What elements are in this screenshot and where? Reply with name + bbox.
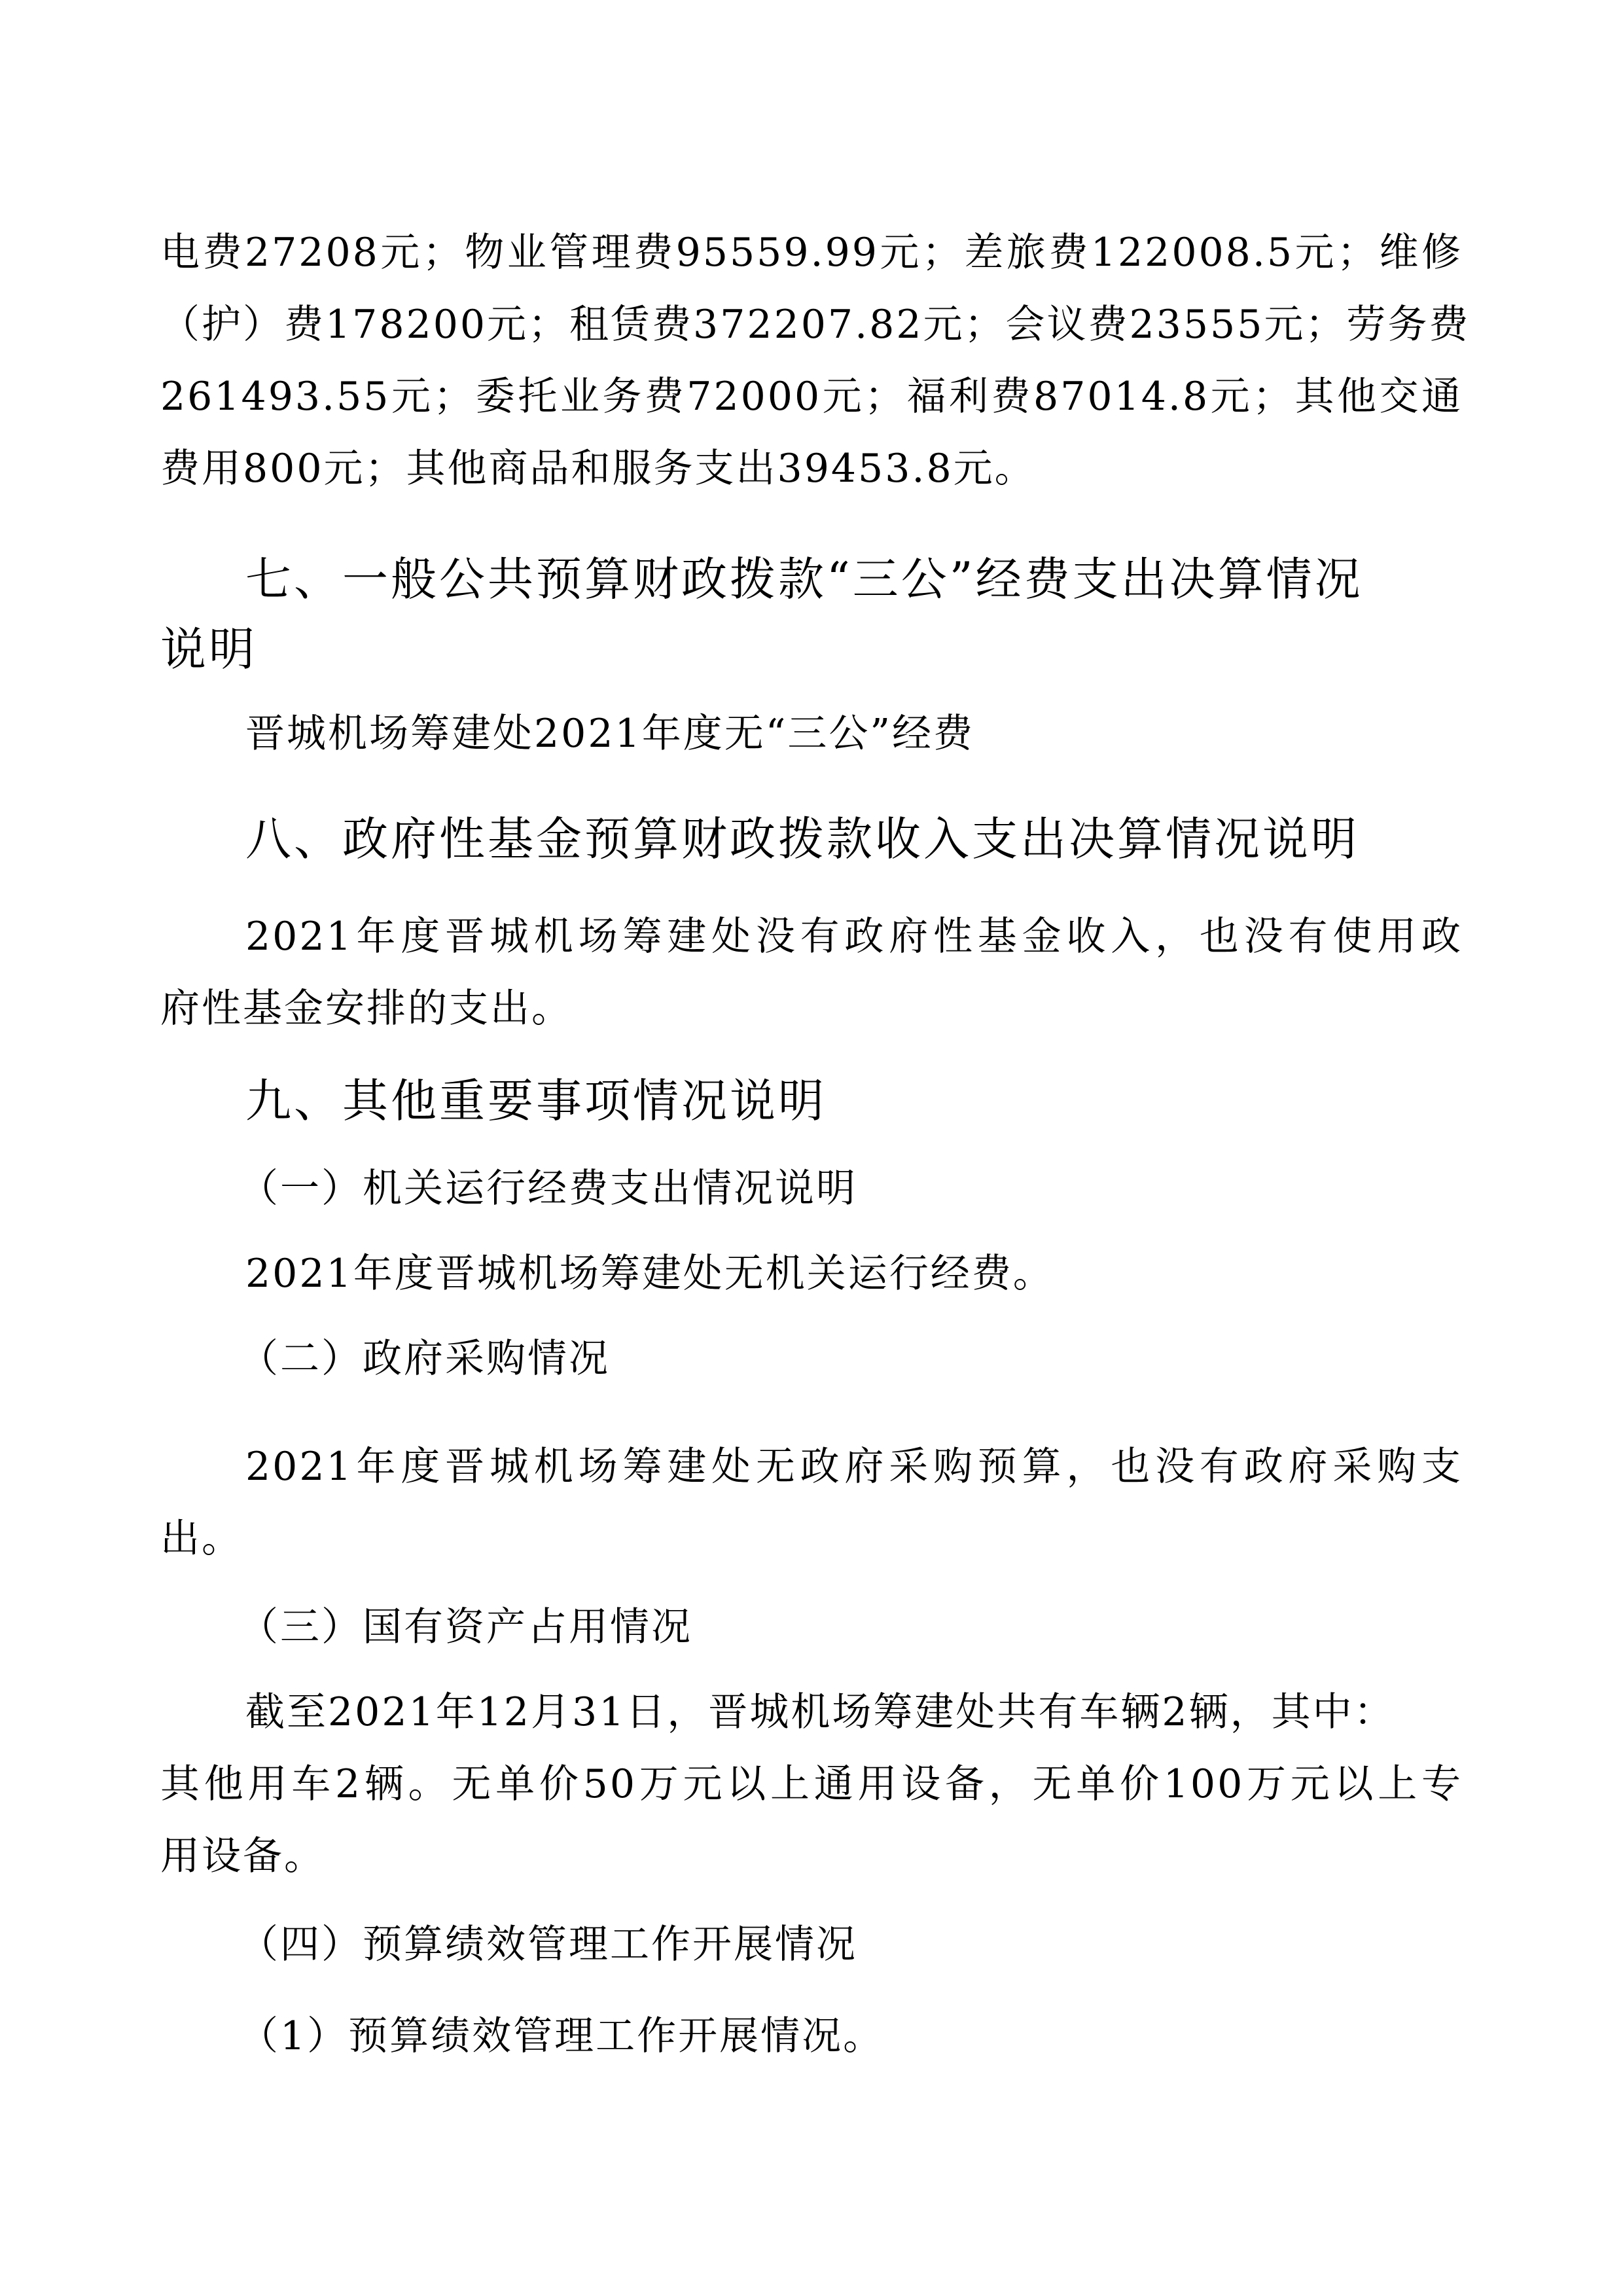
section7-title-line-2: 说明 [160, 622, 257, 677]
section8-title: 八、政府性基金预算财政拨款收入支出决算情况说明 [245, 812, 1359, 867]
expense-paragraph-line-1: 电费27208元；物业管理费95559.99元；差旅费122008.5元；维修 [160, 229, 1463, 276]
expense-paragraph-line-4: 费用800元；其他商品和服务支出39453.8元。 [160, 445, 1036, 492]
section9-title: 九、其他重要事项情况说明 [245, 1073, 827, 1128]
expense-paragraph-line-2: （护）费178200元；租赁费372207.82元；会议费23555元；劳务费 [160, 301, 1463, 348]
section9-sub2-body-line-2: 出。 [160, 1515, 243, 1562]
section9-sub2-body-line-1: 2021年度晋城机场筹建处无政府采购预算，也没有政府采购支 [245, 1443, 1463, 1490]
section8-body-line-1: 2021年度晋城机场筹建处没有政府性基金收入，也没有使用政 [245, 913, 1463, 960]
section9-sub3-body-line-2: 其他用车2辆。无单价50万元以上通用设备，无单价100万元以上专 [160, 1761, 1463, 1808]
section7-title-line-1: 七、一般公共预算财政拨款“三公”经费支出决算情况 [245, 552, 1363, 607]
section7-body: 晋城机场筹建处2021年度无“三公”经费 [245, 710, 974, 757]
section9-sub3-body-line-3: 用设备。 [160, 1833, 325, 1880]
section9-sub4-item1: （1）预算绩效管理工作开展情况。 [239, 2013, 884, 2060]
section9-sub1-title: （一）机关运行经费支出情况说明 [239, 1165, 857, 1212]
section8-body-line-2: 府性基金安排的支出。 [160, 985, 573, 1032]
section9-sub3-body-line-1: 截至2021年12月31日，晋城机场筹建处共有车辆2辆，其中： [245, 1689, 1395, 1736]
section9-sub1-body: 2021年度晋城机场筹建处无机关运行经费。 [245, 1250, 1054, 1297]
section9-sub4-title: （四）预算绩效管理工作开展情况 [239, 1921, 857, 1968]
section9-sub3-title: （三）国有资产占用情况 [239, 1604, 692, 1651]
expense-paragraph-line-3: 261493.55元；委托业务费72000元；福利费87014.8元；其他交通 [160, 373, 1463, 420]
section9-sub2-title: （二）政府采购情况 [239, 1335, 610, 1382]
